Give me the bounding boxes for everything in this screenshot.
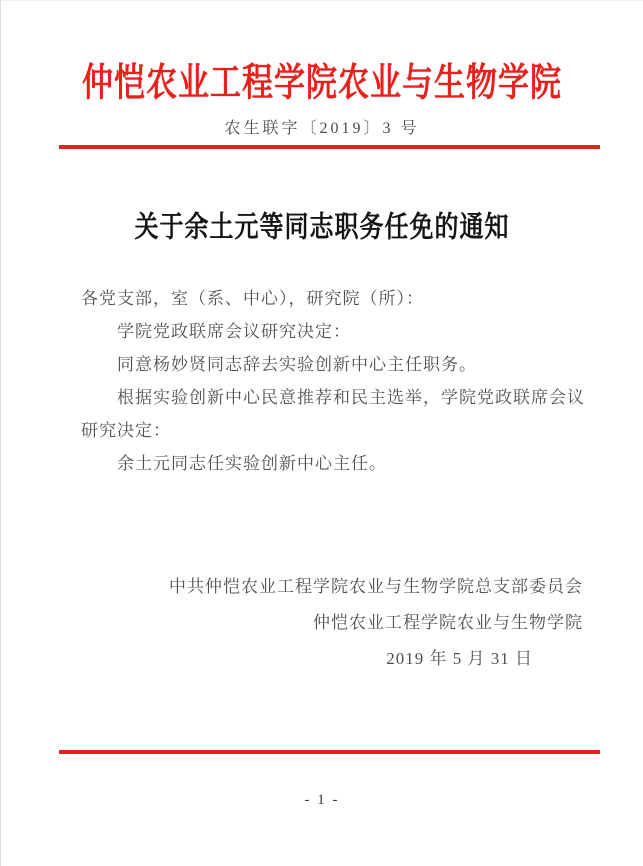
body-line: 根据实验创新中心民意推荐和民主选举，学院党政联席会议 — [81, 381, 600, 414]
body-line: 学院党政联席会议研究决定： — [81, 315, 600, 348]
body-line-salutation: 各党支部，室（系、中心），研究院（所）： — [81, 282, 600, 315]
document-page: 仲恺农业工程学院农业与生物学院 农生联字〔2019〕3 号 关于余土元等同志职务… — [0, 0, 643, 866]
signature-college: 仲恺农业工程学院农业与生物学院 — [1, 605, 583, 641]
page-number: - 1 - — [1, 790, 643, 810]
org-title: 仲恺农业工程学院农业与生物学院 — [1, 51, 643, 116]
footer-separator-line — [59, 750, 600, 754]
body-line: 研究决定： — [81, 414, 600, 447]
signature-date: 2019 年 5 月 31 日 — [1, 641, 583, 677]
signature-block: 中共仲恺农业工程学院农业与生物学院总支部委员会 仲恺农业工程学院农业与生物学院 … — [1, 569, 600, 677]
notice-title: 关于余土元等同志职务任免的通知 — [1, 208, 643, 249]
body-line: 余土元同志任实验创新中心主任。 — [81, 447, 600, 480]
signature-party-committee: 中共仲恺农业工程学院农业与生物学院总支部委员会 — [1, 569, 583, 605]
header-separator-line — [59, 145, 600, 149]
body-line: 同意杨妙贤同志辞去实验创新中心主任职务。 — [81, 348, 600, 381]
doc-number: 农生联字〔2019〕3 号 — [1, 117, 643, 141]
notice-body: 各党支部，室（系、中心），研究院（所）： 学院党政联席会议研究决定： 同意杨妙贤… — [81, 282, 600, 480]
